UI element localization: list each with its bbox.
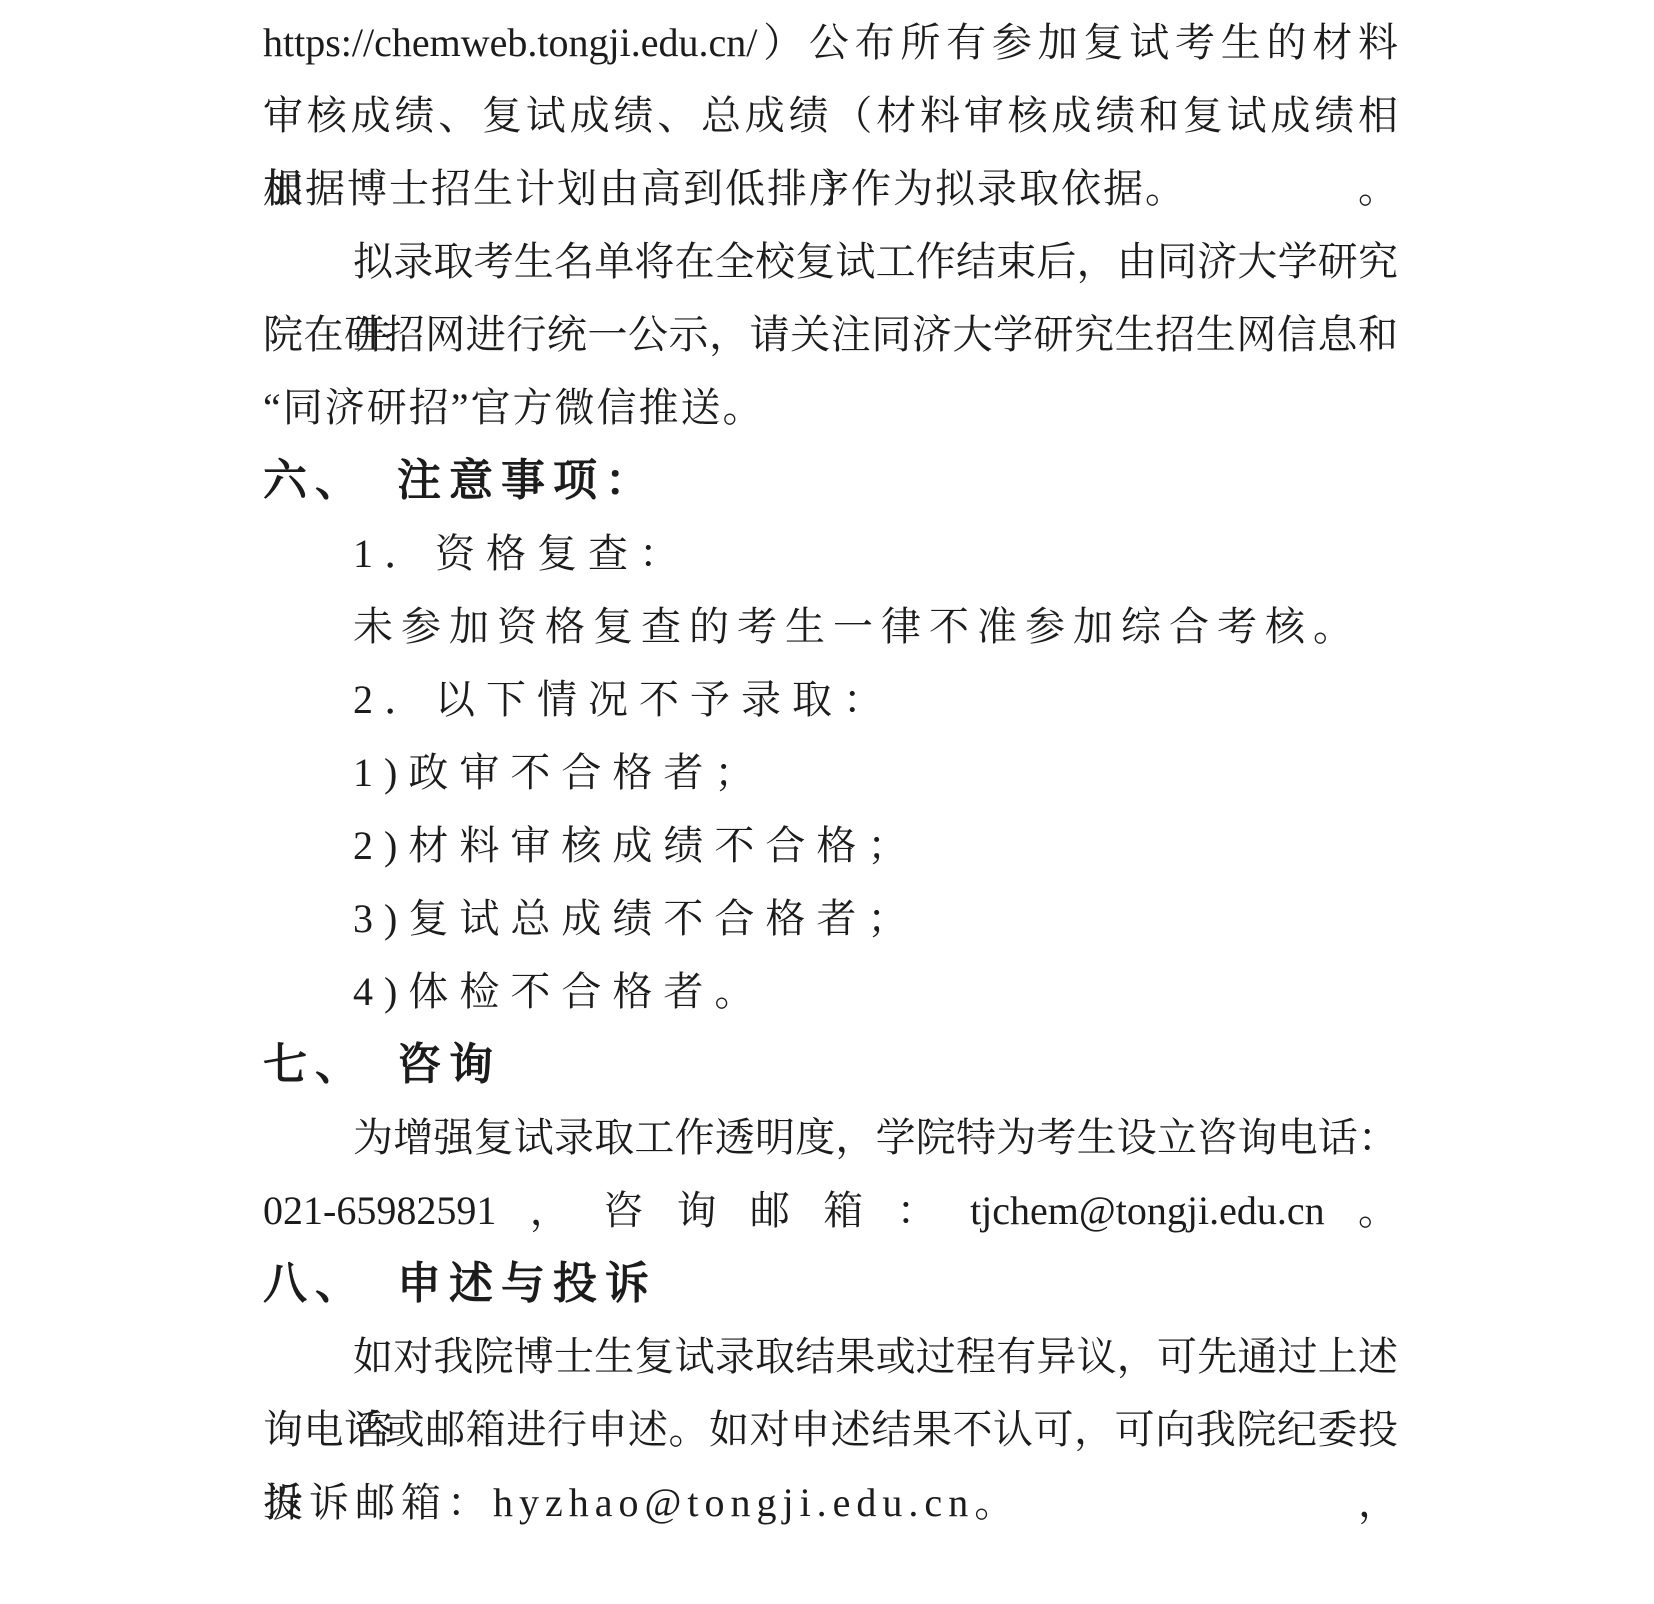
doc-line-contact: 021-65982591，咨询邮箱：tjchem@tongji.edu.cn。	[263, 1174, 1398, 1247]
list-item-line: 4)体检不合格者。	[353, 955, 1403, 1028]
section-number: 六、	[263, 456, 367, 505]
section-heading-inquiry: 七、咨询	[263, 1028, 1403, 1101]
doc-line: “同济研招”官方微信推送。	[263, 371, 1403, 444]
doc-line-paragraph-start: 为增强复试录取工作透明度，学院特为考生设立咨询电话：	[353, 1101, 1398, 1174]
section-heading-appeal: 八、申述与投诉	[263, 1247, 1403, 1320]
section-number: 八、	[263, 1259, 367, 1308]
doc-line: 院在研招网进行统一公示，请关注同济大学研究生招生网信息和	[263, 298, 1398, 371]
doc-line: 未参加资格复查的考生一律不准参加综合考核。	[353, 590, 1403, 663]
doc-line-paragraph-start: 如对我院博士生复试录取结果或过程有异议，可先通过上述咨	[353, 1320, 1398, 1393]
doc-line-url-continuation: https://chemweb.tongji.edu.cn/）公布所有参加复试考…	[263, 6, 1398, 79]
section-title: 申述与投诉	[397, 1259, 657, 1308]
section-heading-notes: 六、注意事项：	[263, 444, 1403, 517]
list-item-line: 3)复试总成绩不合格者；	[353, 882, 1403, 955]
doc-line-paragraph-start: 拟录取考生名单将在全校复试工作结束后，由同济大学研究生	[353, 225, 1398, 298]
list-item-line: 1．资格复查：	[353, 517, 1403, 590]
list-item-line: 2)材料审核成绩不合格；	[353, 809, 1403, 882]
document-page: https://chemweb.tongji.edu.cn/）公布所有参加复试考…	[0, 0, 1654, 1539]
doc-line: 询电话或邮箱进行申述。如对申述结果不认可，可向我院纪委投诉，	[263, 1393, 1398, 1466]
doc-line: 审核成绩、复试成绩、总成绩（材料审核成绩和复试成绩相加）。	[263, 79, 1398, 152]
list-item-line: 2．以下情况不予录取：	[353, 663, 1403, 736]
list-item-line: 1)政审不合格者；	[353, 736, 1403, 809]
section-number: 七、	[263, 1040, 367, 1089]
section-title: 注意事项：	[397, 456, 657, 505]
section-title: 咨询	[397, 1040, 501, 1089]
